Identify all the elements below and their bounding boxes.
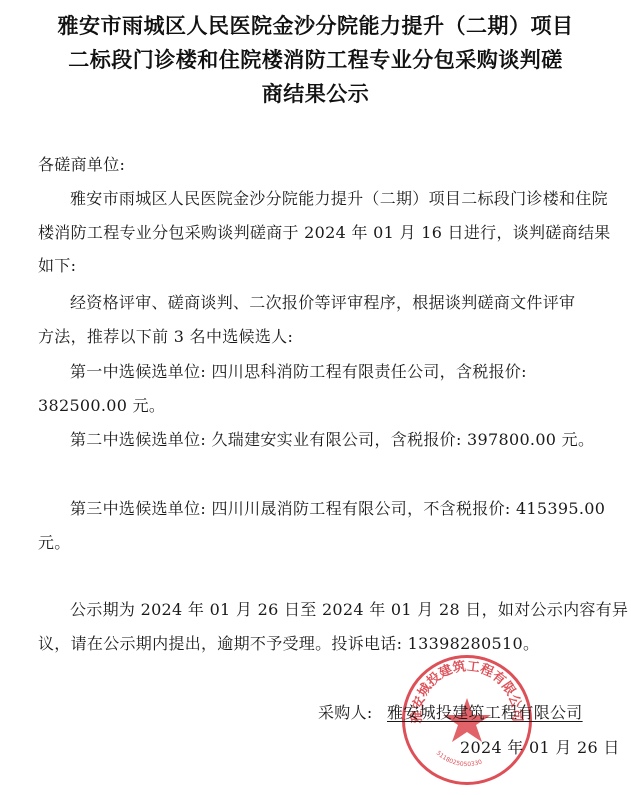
paragraph-2-line-2: 方法，推荐以下前 3 名中选候选人: bbox=[38, 324, 293, 347]
candidate-1-line-2: 382500.00 元。 bbox=[38, 393, 165, 416]
title-line-3: 商结果公示 bbox=[0, 78, 631, 108]
paragraph-1-line-2: 楼消防工程专业分包采购谈判磋商于 2024 年 01 月 16 日进行，谈判磋商… bbox=[38, 220, 611, 243]
purchaser-name: 雅安城投建筑工程有限公司 bbox=[387, 700, 583, 723]
candidate-3-line-1: 第三中选候选单位: 四川川晟消防工程有限公司，不含税报价: 415395.00 bbox=[70, 496, 605, 519]
notice-line-1: 公示期为 2024 年 01 月 26 日至 2024 年 01 月 28 日，… bbox=[70, 597, 628, 620]
candidate-2-line-1: 第二中选候选单位: 久瑞建安实业有限公司，含税报价: 397800.00 元。 bbox=[70, 427, 594, 450]
candidate-1-line-1: 第一中选候选单位: 四川思科消防工程有限责任公司，含税报价: bbox=[70, 359, 527, 382]
candidate-3-line-2: 元。 bbox=[38, 530, 71, 553]
paragraph-2-line-1: 经资格评审、磋商谈判、二次报价等评审程序，根据谈判磋商文件评审 bbox=[70, 290, 575, 313]
paragraph-1-line-3: 如下: bbox=[38, 253, 76, 276]
salutation: 各磋商单位: bbox=[38, 152, 125, 175]
purchaser-label: 采购人: bbox=[318, 700, 373, 723]
signature-date: 2024 年 01 月 26 日 bbox=[460, 735, 620, 758]
paragraph-1-line-1: 雅安市雨城区人民医院金沙分院能力提升（二期）项目二标段门诊楼和住院 bbox=[70, 186, 608, 209]
notice-line-2: 议，请在公示期内提出，逾期不予受理。投诉电话: 13398280510。 bbox=[38, 631, 539, 654]
title-line-2: 二标段门诊楼和住院楼消防工程专业分包采购谈判磋 bbox=[0, 44, 631, 74]
title-line-1: 雅安市雨城区人民医院金沙分院能力提升（二期）项目 bbox=[0, 10, 631, 40]
